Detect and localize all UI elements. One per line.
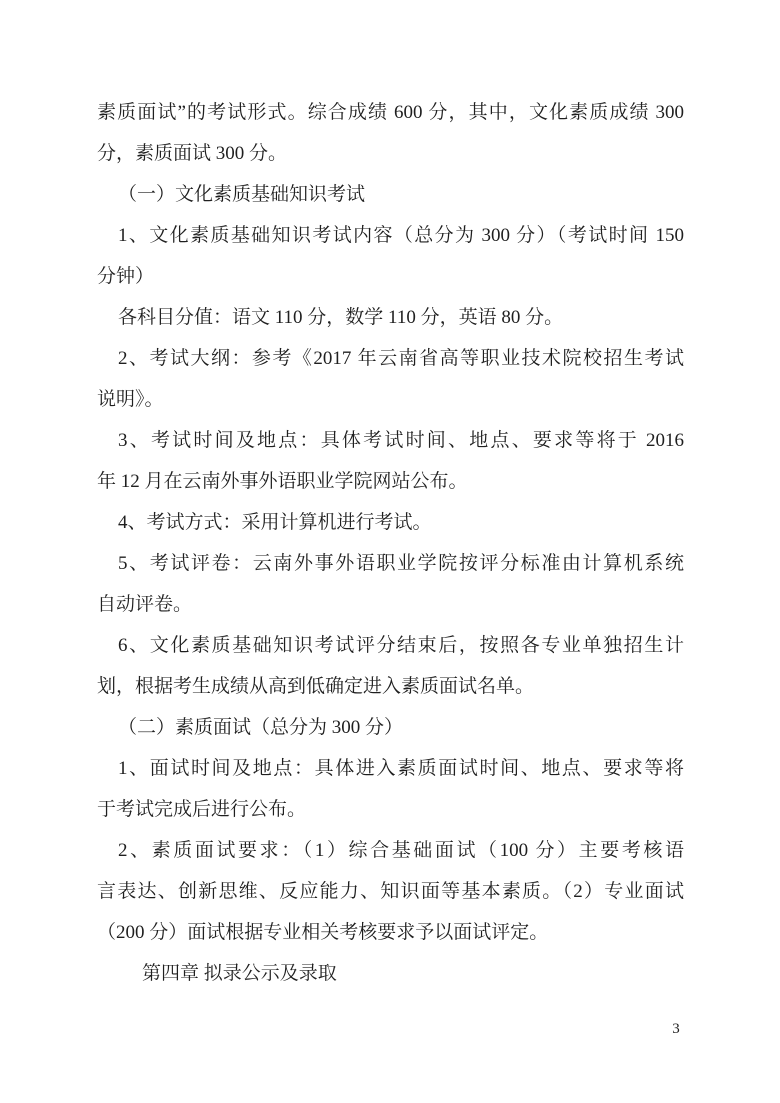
document-line: （200 分）面试根据专业相关考核要求予以面试评定。	[97, 912, 684, 953]
document-line: 分钟）	[97, 256, 684, 297]
document-text-block: 素质面试”的考试形式。综合成绩 600 分，其中，文化素质成绩 300 分，素质…	[97, 92, 684, 994]
chapter-heading: 第四章 拟录公示及录取	[97, 953, 684, 994]
document-line: 言表达、创新思维、反应能力、知识面等基本素质。（2）专业面试	[97, 871, 684, 912]
section-heading: （一）文化素质基础知识考试	[97, 174, 684, 215]
document-line: 年 12 月在云南外事外语职业学院网站公布。	[97, 461, 684, 502]
document-line: 4、考试方式：采用计算机进行考试。	[97, 502, 684, 543]
document-line: 划，根据考生成绩从高到低确定进入素质面试名单。	[97, 666, 684, 707]
document-line: 2、考试大纲：参考《2017 年云南省高等职业技术院校招生考试	[97, 338, 684, 379]
document-line: 5、考试评卷：云南外事外语职业学院按评分标准由计算机系统	[97, 543, 684, 584]
document-page: 素质面试”的考试形式。综合成绩 600 分，其中，文化素质成绩 300 分，素质…	[0, 0, 780, 1103]
document-line: 分，素质面试 300 分。	[97, 133, 684, 174]
page-number: 3	[666, 1018, 686, 1040]
document-line: 2、素质面试要求：（1）综合基础面试（100 分）主要考核语	[97, 830, 684, 871]
document-line: 1、面试时间及地点：具体进入素质面试时间、地点、要求等将	[97, 748, 684, 789]
document-line: 各科目分值：语文 110 分，数学 110 分，英语 80 分。	[97, 297, 684, 338]
document-line: 6、文化素质基础知识考试评分结束后，按照各专业单独招生计	[97, 625, 684, 666]
document-line: 自动评卷。	[97, 584, 684, 625]
document-line: 素质面试”的考试形式。综合成绩 600 分，其中，文化素质成绩 300	[97, 92, 684, 133]
section-heading: （二）素质面试（总分为 300 分）	[97, 707, 684, 748]
document-line: 3、考试时间及地点：具体考试时间、地点、要求等将于 2016	[97, 420, 684, 461]
document-line: 1、文化素质基础知识考试内容（总分为 300 分）（考试时间 150	[97, 215, 684, 256]
document-line: 于考试完成后进行公布。	[97, 789, 684, 830]
document-line: 说明》。	[97, 379, 684, 420]
